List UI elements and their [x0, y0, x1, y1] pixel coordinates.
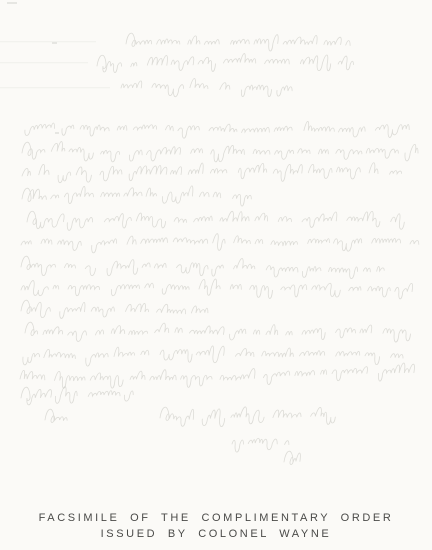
handwriting-line-body-12 — [20, 363, 421, 388]
scan-streak-2 — [0, 87, 110, 88]
handwriting-layer — [0, 0, 432, 550]
handwriting-line-signature-flourish — [284, 451, 300, 464]
facsimile-page: FACSIMILE OF THE COMPLIMENTARY ORDER ISS… — [0, 0, 432, 550]
handwriting-line-heading-2 — [97, 53, 353, 74]
handwriting-line-body-8 — [21, 278, 421, 300]
handwriting-line-body-3 — [22, 162, 402, 183]
handwriting-line-signature-main — [160, 406, 335, 428]
handwriting-line-body-9 — [21, 300, 208, 318]
handwriting-line-body-7 — [21, 256, 384, 279]
handwriting-line-heading-3 — [121, 78, 292, 97]
handwriting-line-body-10 — [25, 322, 411, 342]
handwriting-line-body-6 — [21, 234, 419, 253]
handwriting-line-body-5 — [27, 210, 404, 233]
paper-speck-0 — [7, 2, 17, 4]
handwriting-line-body-13 — [21, 387, 133, 405]
handwriting-line-body-11 — [23, 346, 403, 366]
handwriting-line-body-2 — [22, 141, 422, 163]
caption-line-1: FACSIMILE OF THE COMPLIMENTARY ORDER — [0, 510, 432, 526]
handwriting-line-body-1 — [25, 121, 418, 138]
scan-streak-1 — [0, 62, 88, 63]
caption-line-2: ISSUED BY COLONEL WAYNE — [0, 526, 432, 542]
handwriting-line-body-4 — [22, 186, 251, 206]
caption: FACSIMILE OF THE COMPLIMENTARY ORDER ISS… — [0, 510, 432, 542]
scan-streak-0 — [0, 41, 96, 42]
handwriting-line-signature-initial — [45, 409, 67, 422]
handwriting-line-heading-1 — [126, 31, 350, 53]
paper-speck-2 — [55, 132, 59, 134]
paper-speck-1 — [52, 42, 57, 44]
handwriting-line-signature-rank — [232, 438, 289, 452]
